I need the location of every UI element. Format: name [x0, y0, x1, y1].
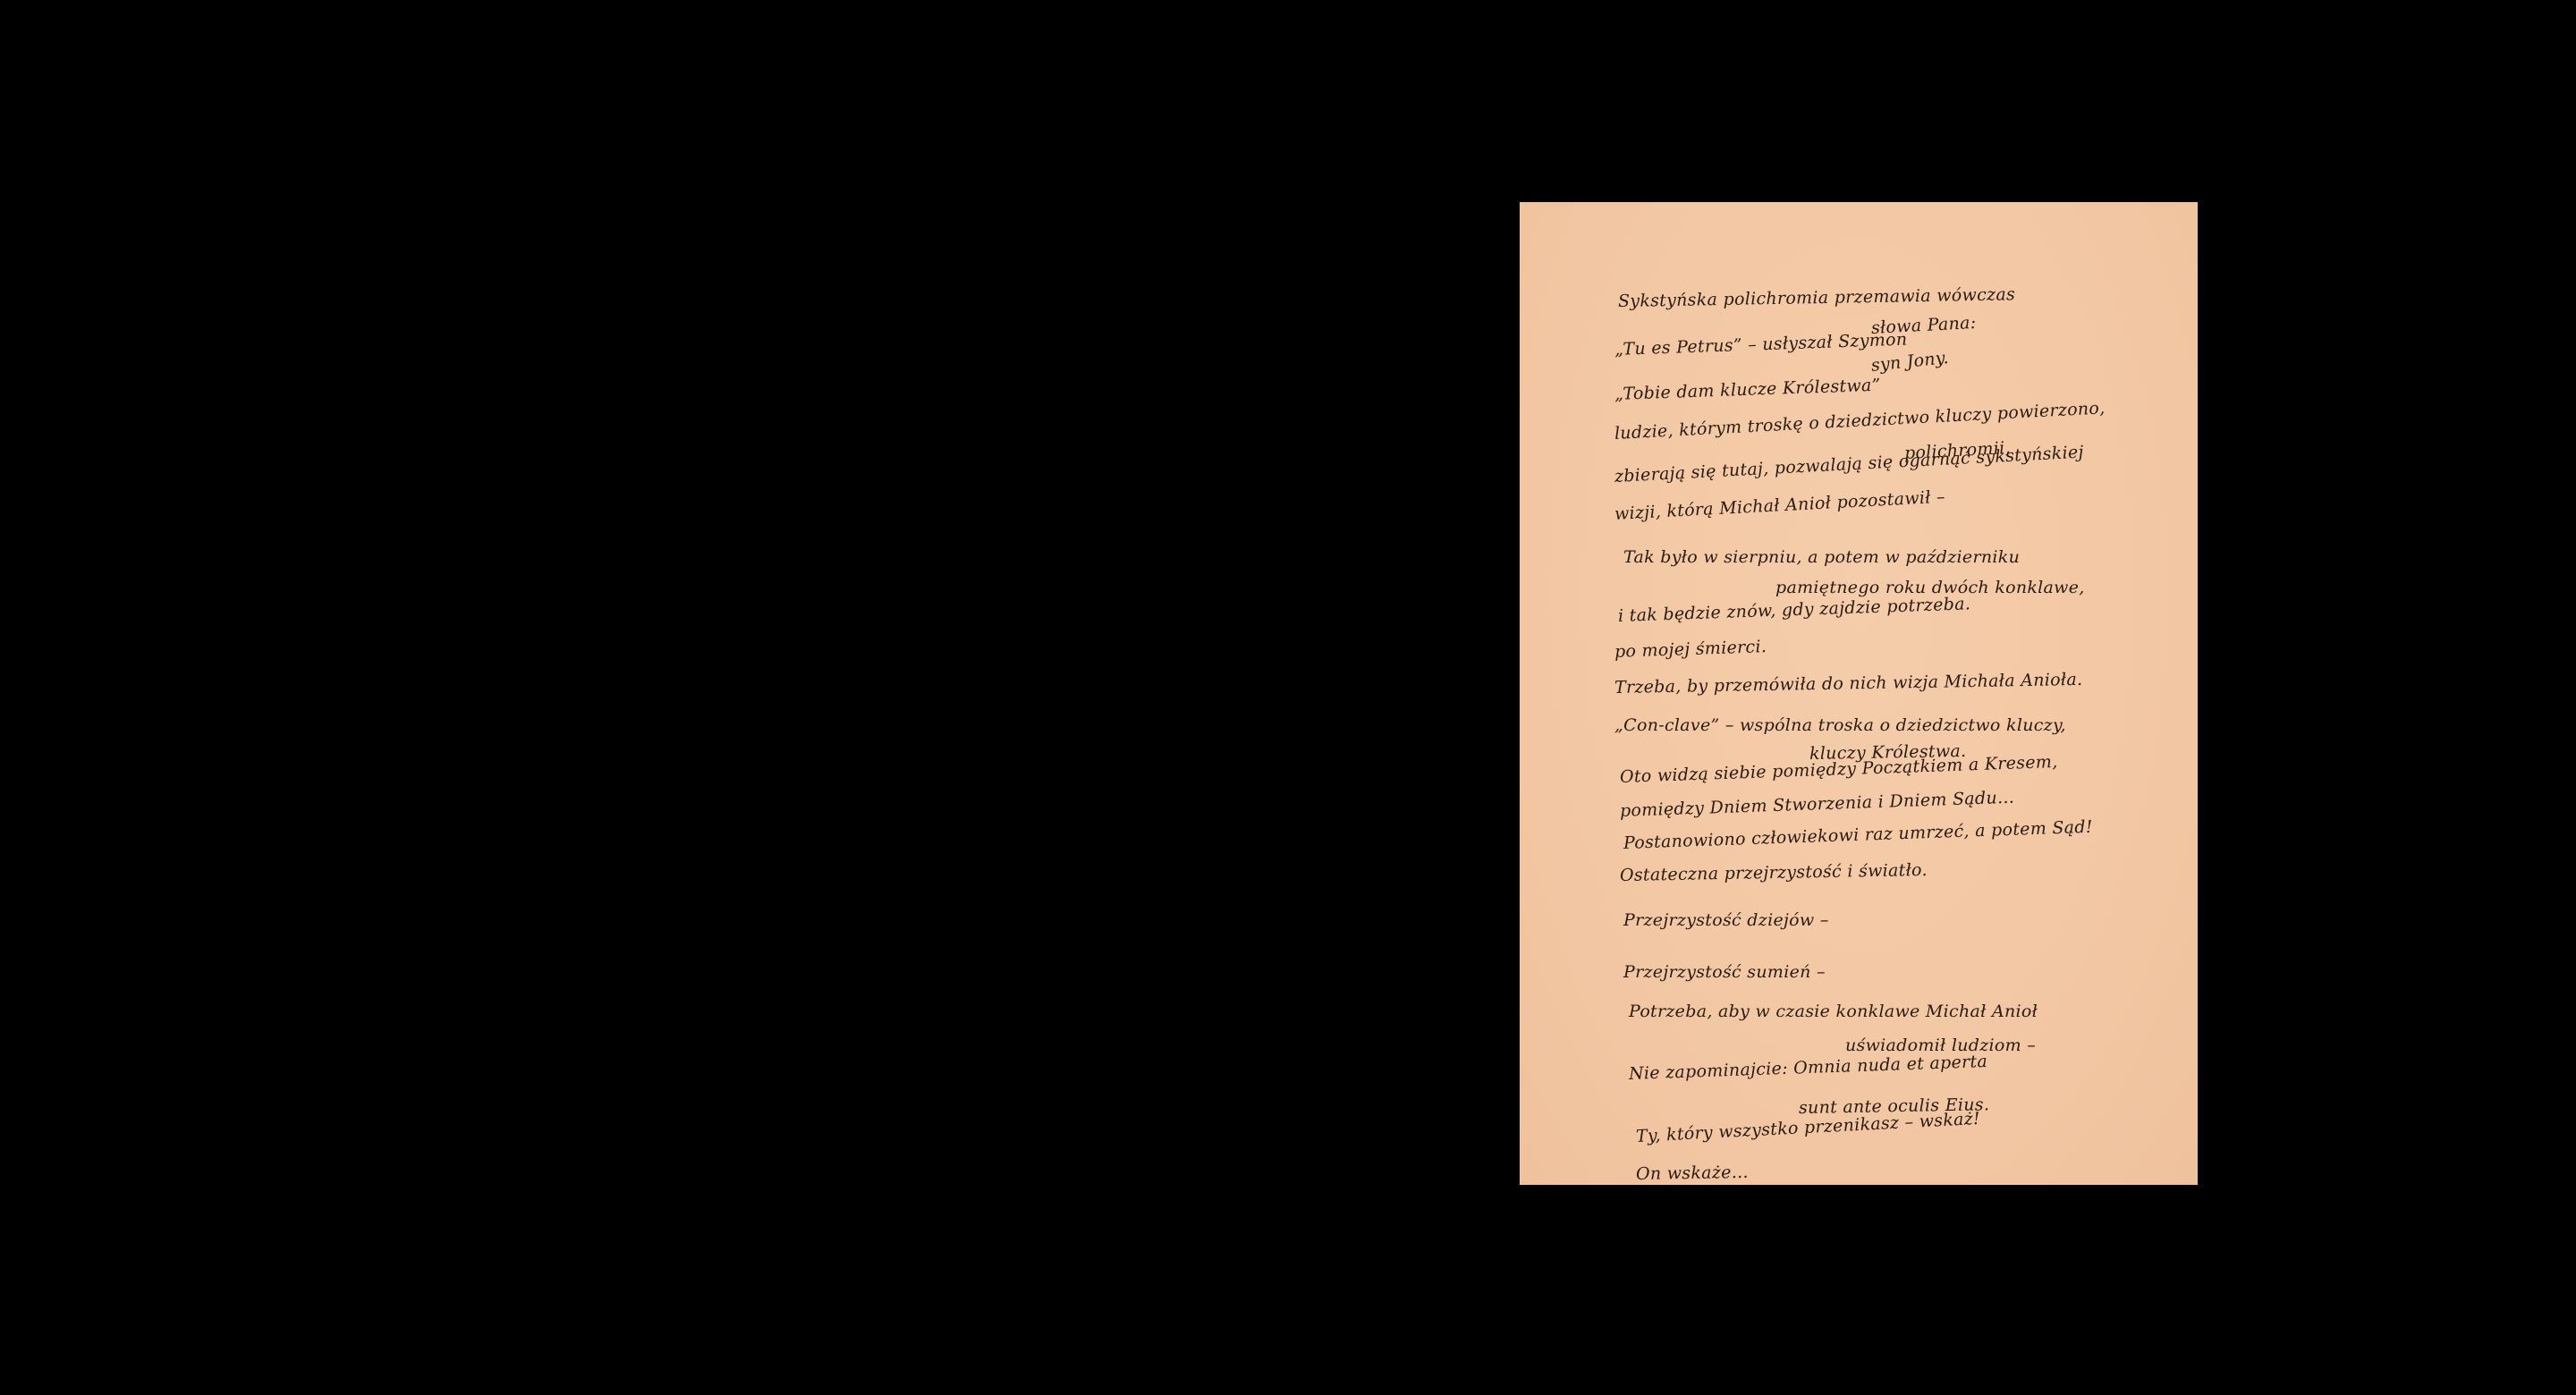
- handwritten-line: Nie zapominajcie: Omnia nuda et aperta: [1629, 1052, 1988, 1084]
- handwritten-line: po mojej śmierci.: [1614, 637, 1767, 662]
- handwritten-line: „Tu es Petrus” – usłyszał Szymon: [1614, 330, 1908, 359]
- handwritten-line: Trzeba, by przemówiła do nich wizja Mich…: [1614, 670, 2083, 697]
- handwritten-line: „Tobie dam klucze Królestwa”: [1614, 376, 1881, 404]
- handwritten-line: zbierają się tutaj, pozwalają się ogarną…: [1614, 443, 2084, 486]
- handwritten-line: i tak będzie znów, gdy zajdzie potrzeba.: [1618, 594, 1971, 626]
- document-viewer: Sykstyńska polichromia przemawia wówczas…: [0, 0, 2576, 1395]
- handwritten-line: Ostateczna przejrzystość i światło.: [1620, 860, 1928, 885]
- handwritten-line: Tak było w sierpniu, a potem w październ…: [1623, 547, 2020, 567]
- handwritten-line: Przejrzystość dziejów –: [1623, 910, 1829, 930]
- handwritten-line: pamiętnego roku dwóch konklawe,: [1775, 578, 2085, 597]
- handwritten-line: syn Jony.: [1870, 348, 1950, 376]
- handwritten-line: On wskaże…: [1636, 1162, 1749, 1184]
- handwritten-line: pomiędzy Dniem Stworzenia i Dniem Sądu…: [1620, 788, 2015, 821]
- handwritten-line: Sykstyńska polichromia przemawia wówczas: [1618, 284, 2015, 311]
- handwritten-line: Potrzeba, aby w czasie konklawe Michał A…: [1629, 1002, 2038, 1021]
- handwritten-line: uświadomił ludziom –: [1845, 1036, 2036, 1055]
- handwritten-line: Postanowiono człowiekowi raz umrzeć, a p…: [1623, 817, 2093, 853]
- handwritten-line: wizji, którą Michał Anioł pozostawił –: [1614, 487, 1945, 524]
- handwritten-line: słowa Pana:: [1870, 313, 1977, 338]
- handwritten-line: „Con-clave” – wspólna troska o dziedzict…: [1614, 715, 2066, 735]
- handwritten-line: Przejrzystość sumień –: [1623, 962, 1826, 982]
- manuscript-page: Sykstyńska polichromia przemawia wówczas…: [1520, 202, 2198, 1185]
- handwritten-line: ludzie, którym troskę o dziedzictwo kluc…: [1614, 398, 2106, 444]
